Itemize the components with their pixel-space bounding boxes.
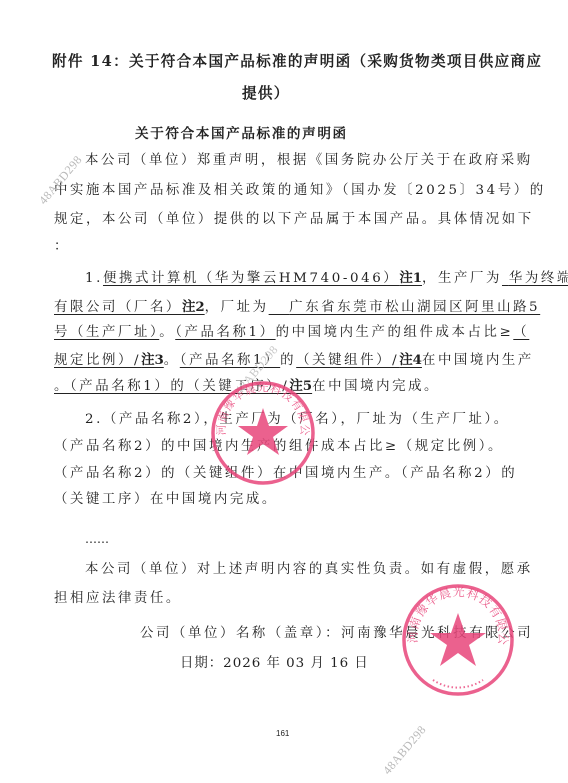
date-line: 日期：2026 年 03 月 16 日 <box>180 655 369 673</box>
attachment-heading-continued: 提供） <box>242 82 290 103</box>
company-seal-middle: 河南豫华晨光科技有限公司 <box>208 378 318 488</box>
document-page: 附件 14：关于符合本国产品标准的声明函（采购货物类项目供应商应 提供） 关于符… <box>0 0 568 783</box>
responsibility-line-2: 担相应法律责任。 <box>54 590 182 608</box>
responsibility-line-1: 本公司（单位）对上述声明内容的真实性负责。如有虚假，愿承 <box>85 561 533 579</box>
item1-line-3: 号（生产厂址）。（产品名称1）的中国境内生产的组件成本占比≥（ <box>54 324 529 342</box>
note2: 注2 <box>182 299 205 315</box>
item2-line-4: （关键工序）在中国境内完成。 <box>54 491 278 509</box>
address: 广东省东莞市松山湖园区阿里山路5 <box>269 300 541 315</box>
address-cont: 号（生产厂址） <box>54 325 159 340</box>
component-text: 在中国境内生产 <box>422 353 534 368</box>
watermark-bottom-right: 48ABD298 <box>380 723 430 778</box>
manufacturer: 华为终端 <box>502 271 568 286</box>
item1-line-2: 有限公司（厂名）注2，厂址为 广东省东莞市松山湖园区阿里山路5 <box>54 298 540 317</box>
intro-line-2: 中实施本国产品标准及相关政策的通知》（国办发〔2025〕34号）的 <box>54 182 546 200</box>
intro-line-4: ： <box>54 238 70 256</box>
process-end: 在中国境内完成。 <box>312 379 440 394</box>
of-text: 的 <box>280 353 296 368</box>
attachment-heading: 附件 14：关于符合本国产品标准的声明函（采购货物类项目供应商应 <box>52 50 542 71</box>
product-ref-1: （产品名称1） <box>175 325 275 340</box>
manufacturer-cont: 有限公司（厂名） <box>54 300 182 315</box>
ratio-cont: 规定比例）/ <box>54 353 141 368</box>
ratio-open: （ <box>513 325 529 340</box>
period: 。 <box>159 325 175 340</box>
item1-line-4: 规定比例）/注3。（产品名称1）的（关键组件）/注4在中国境内生产 <box>54 351 534 370</box>
company-seal-signature: 河南豫华晨光科技有限公司 <box>398 580 518 700</box>
ellipsis: …… <box>85 532 109 546</box>
cost-text: 的中国境内生产的组件成本占比≥ <box>276 325 514 340</box>
note4: 注4 <box>399 352 422 368</box>
item1-number: 1. <box>85 271 103 286</box>
intro-line-1: 本公司（单位）郑重声明，根据《国务院办公厅关于在政府采购 <box>85 152 533 170</box>
declaration-title: 关于符合本国产品标准的声明函 <box>135 122 348 142</box>
manufacturer-label: ，生产厂为 <box>422 271 502 286</box>
component: （关键组件）/ <box>296 353 399 368</box>
period-2: 。 <box>164 353 180 368</box>
intro-line-3: 规定，本公司（单位）提供的以下产品属于本国产品。具体情况如下 <box>54 211 534 229</box>
item1-line-1: 1.便携式计算机（华为擎云HM740-046）注1，生产厂为 华为终端 <box>85 269 568 288</box>
note1: 注1 <box>399 270 422 286</box>
page-number: 161 <box>276 729 289 738</box>
note3: 注3 <box>141 352 164 368</box>
item1-product: 便携式计算机（华为擎云HM740-046） <box>103 271 399 286</box>
address-label: ，厂址为 <box>205 300 269 315</box>
